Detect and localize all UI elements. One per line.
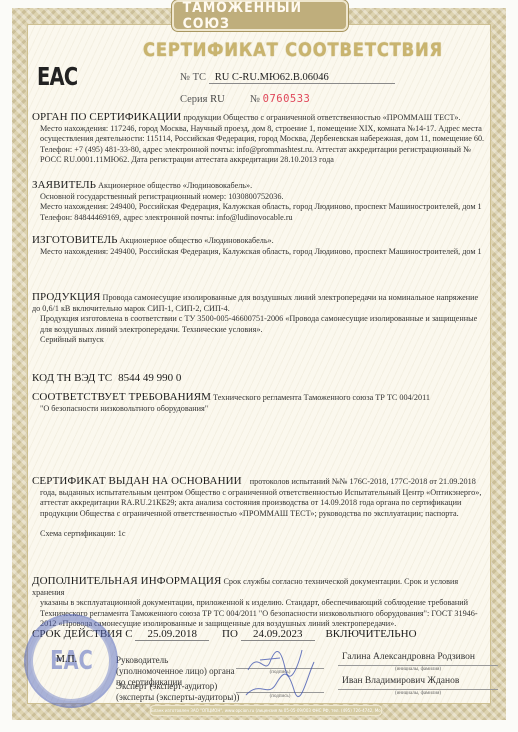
number-label: № ТС bbox=[180, 72, 206, 83]
compliance-regulation: Технического регламента Таможенного союз… bbox=[213, 393, 430, 402]
basis-section: СЕРТИФИКАТ ВЫДАН НА ОСНОВАНИИ протоколов… bbox=[32, 476, 488, 540]
validity-suffix: ВКЛЮЧИТЕЛЬНО bbox=[325, 628, 416, 640]
head-name-line bbox=[338, 665, 498, 666]
serial-label: № bbox=[250, 94, 260, 105]
certification-body-section: ОРГАН ПО СЕРТИФИКАЦИИ продукции Общество… bbox=[32, 112, 488, 166]
compliance-heading: СООТВЕТСТВУЕТ ТРЕБОВАНИЯМ bbox=[32, 391, 211, 403]
certification-body-heading: ОРГАН ПО СЕРТИФИКАЦИИ bbox=[32, 111, 181, 123]
basis-heading: СЕРТИФИКАТ ВЫДАН НА ОСНОВАНИИ bbox=[32, 475, 242, 487]
manufacturer-name: Акционерное общество «Людиновокабель». bbox=[120, 236, 274, 245]
tn-ved-heading: КОД ТН ВЭД ТС bbox=[32, 372, 112, 384]
customs-union-banner: ТАМОЖЕННЫЙ СОЮЗ bbox=[172, 0, 348, 31]
blank-print-info: Бланк изготовлен ЗАО "ОПЦИОН", www.opcio… bbox=[150, 705, 382, 716]
applicant-contacts: Телефон: 84844469169, адрес электронной … bbox=[32, 213, 488, 224]
series-value: RU bbox=[210, 94, 225, 105]
certification-scheme: Схема сертификации: 1с bbox=[32, 529, 488, 540]
basis-details: года, выданных испытательным центром Общ… bbox=[32, 488, 488, 520]
expert-name-caption: (инициалы, фамилия) bbox=[338, 691, 498, 696]
additional-info-heading: ДОПОЛНИТЕЛЬНАЯ ИНФОРМАЦИЯ bbox=[32, 575, 221, 587]
applicant-reg-number: Основной государственный регистрационный… bbox=[32, 192, 488, 203]
serial-number: 0760533 bbox=[263, 93, 311, 105]
compliance-section: СООТВЕТСТВУЕТ ТРЕБОВАНИЯМ Технического р… bbox=[32, 392, 488, 414]
handwritten-signature-icon bbox=[240, 640, 320, 700]
product-release-type: Серийный выпуск bbox=[32, 335, 488, 346]
compliance-regulation-title: "О безопасности низковольтного оборудова… bbox=[32, 404, 488, 415]
manufacturer-address: Место нахождения: 249400, Российская Фед… bbox=[32, 247, 488, 258]
applicant-address: Место нахождения: 249400, Российская Фед… bbox=[32, 202, 488, 213]
seal-place-label: М.П. bbox=[56, 654, 77, 665]
series-label: Серия bbox=[180, 94, 208, 105]
tn-ved-section: КОД ТН ВЭД ТС 8544 49 990 0 bbox=[32, 373, 488, 385]
manufacturer-heading: ИЗГОТОВИТЕЛЬ bbox=[32, 234, 118, 246]
eac-logo-icon: ЕАС bbox=[37, 62, 77, 91]
applicant-section: ЗАЯВИТЕЛЬ Акционерное общество «Людиново… bbox=[32, 180, 488, 223]
validity-to-label: ПО bbox=[222, 628, 238, 640]
document-title: СЕРТИФИКАТ СООТВЕТСТВИЯ bbox=[143, 39, 443, 61]
certificate-number: RU C-RU.МЮ62.В.06046 bbox=[209, 72, 395, 84]
head-name-caption: (инициалы, фамилия) bbox=[338, 667, 498, 672]
series-row: Серия RU № 0760533 bbox=[180, 93, 310, 105]
product-heading: ПРОДУКЦИЯ bbox=[32, 291, 100, 303]
applicant-heading: ЗАЯВИТЕЛЬ bbox=[32, 179, 96, 191]
product-standard: Продукция изготовлена в соответствии с Т… bbox=[32, 314, 488, 335]
validity-from-date: 25.09.2018 bbox=[135, 628, 209, 641]
expert-label: Эксперт (эксперт-аудитор) (эксперты (экс… bbox=[116, 681, 246, 703]
expert-name: Иван Владимирович Жданов bbox=[342, 676, 459, 686]
certificate-number-row: № ТС RU C-RU.МЮ62.В.06046 bbox=[180, 72, 395, 84]
manufacturer-section: ИЗГОТОВИТЕЛЬ Акционерное общество «Людин… bbox=[32, 235, 488, 257]
head-signatory-name: Галина Александровна Родзивон bbox=[342, 652, 475, 662]
certification-body-details: Место нахождения: 117246, город Москва, … bbox=[32, 124, 488, 166]
applicant-name: Акционерное общество «Людиновокабель». bbox=[98, 181, 252, 190]
additional-info-section: ДОПОЛНИТЕЛЬНАЯ ИНФОРМАЦИЯ Срок службы со… bbox=[32, 576, 488, 630]
expert-name-line bbox=[338, 689, 498, 690]
product-section: ПРОДУКЦИЯ Провода самонесущие изолирован… bbox=[32, 292, 488, 346]
certification-body-name: продукции Общество с ограниченной ответс… bbox=[183, 113, 460, 122]
tn-ved-code: 8544 49 990 0 bbox=[118, 372, 181, 384]
union-title: ТАМОЖЕННЫЙ СОЮЗ bbox=[183, 0, 338, 32]
basis-protocols: протоколов испытаний №№ 176С-2018, 177С-… bbox=[250, 477, 476, 486]
